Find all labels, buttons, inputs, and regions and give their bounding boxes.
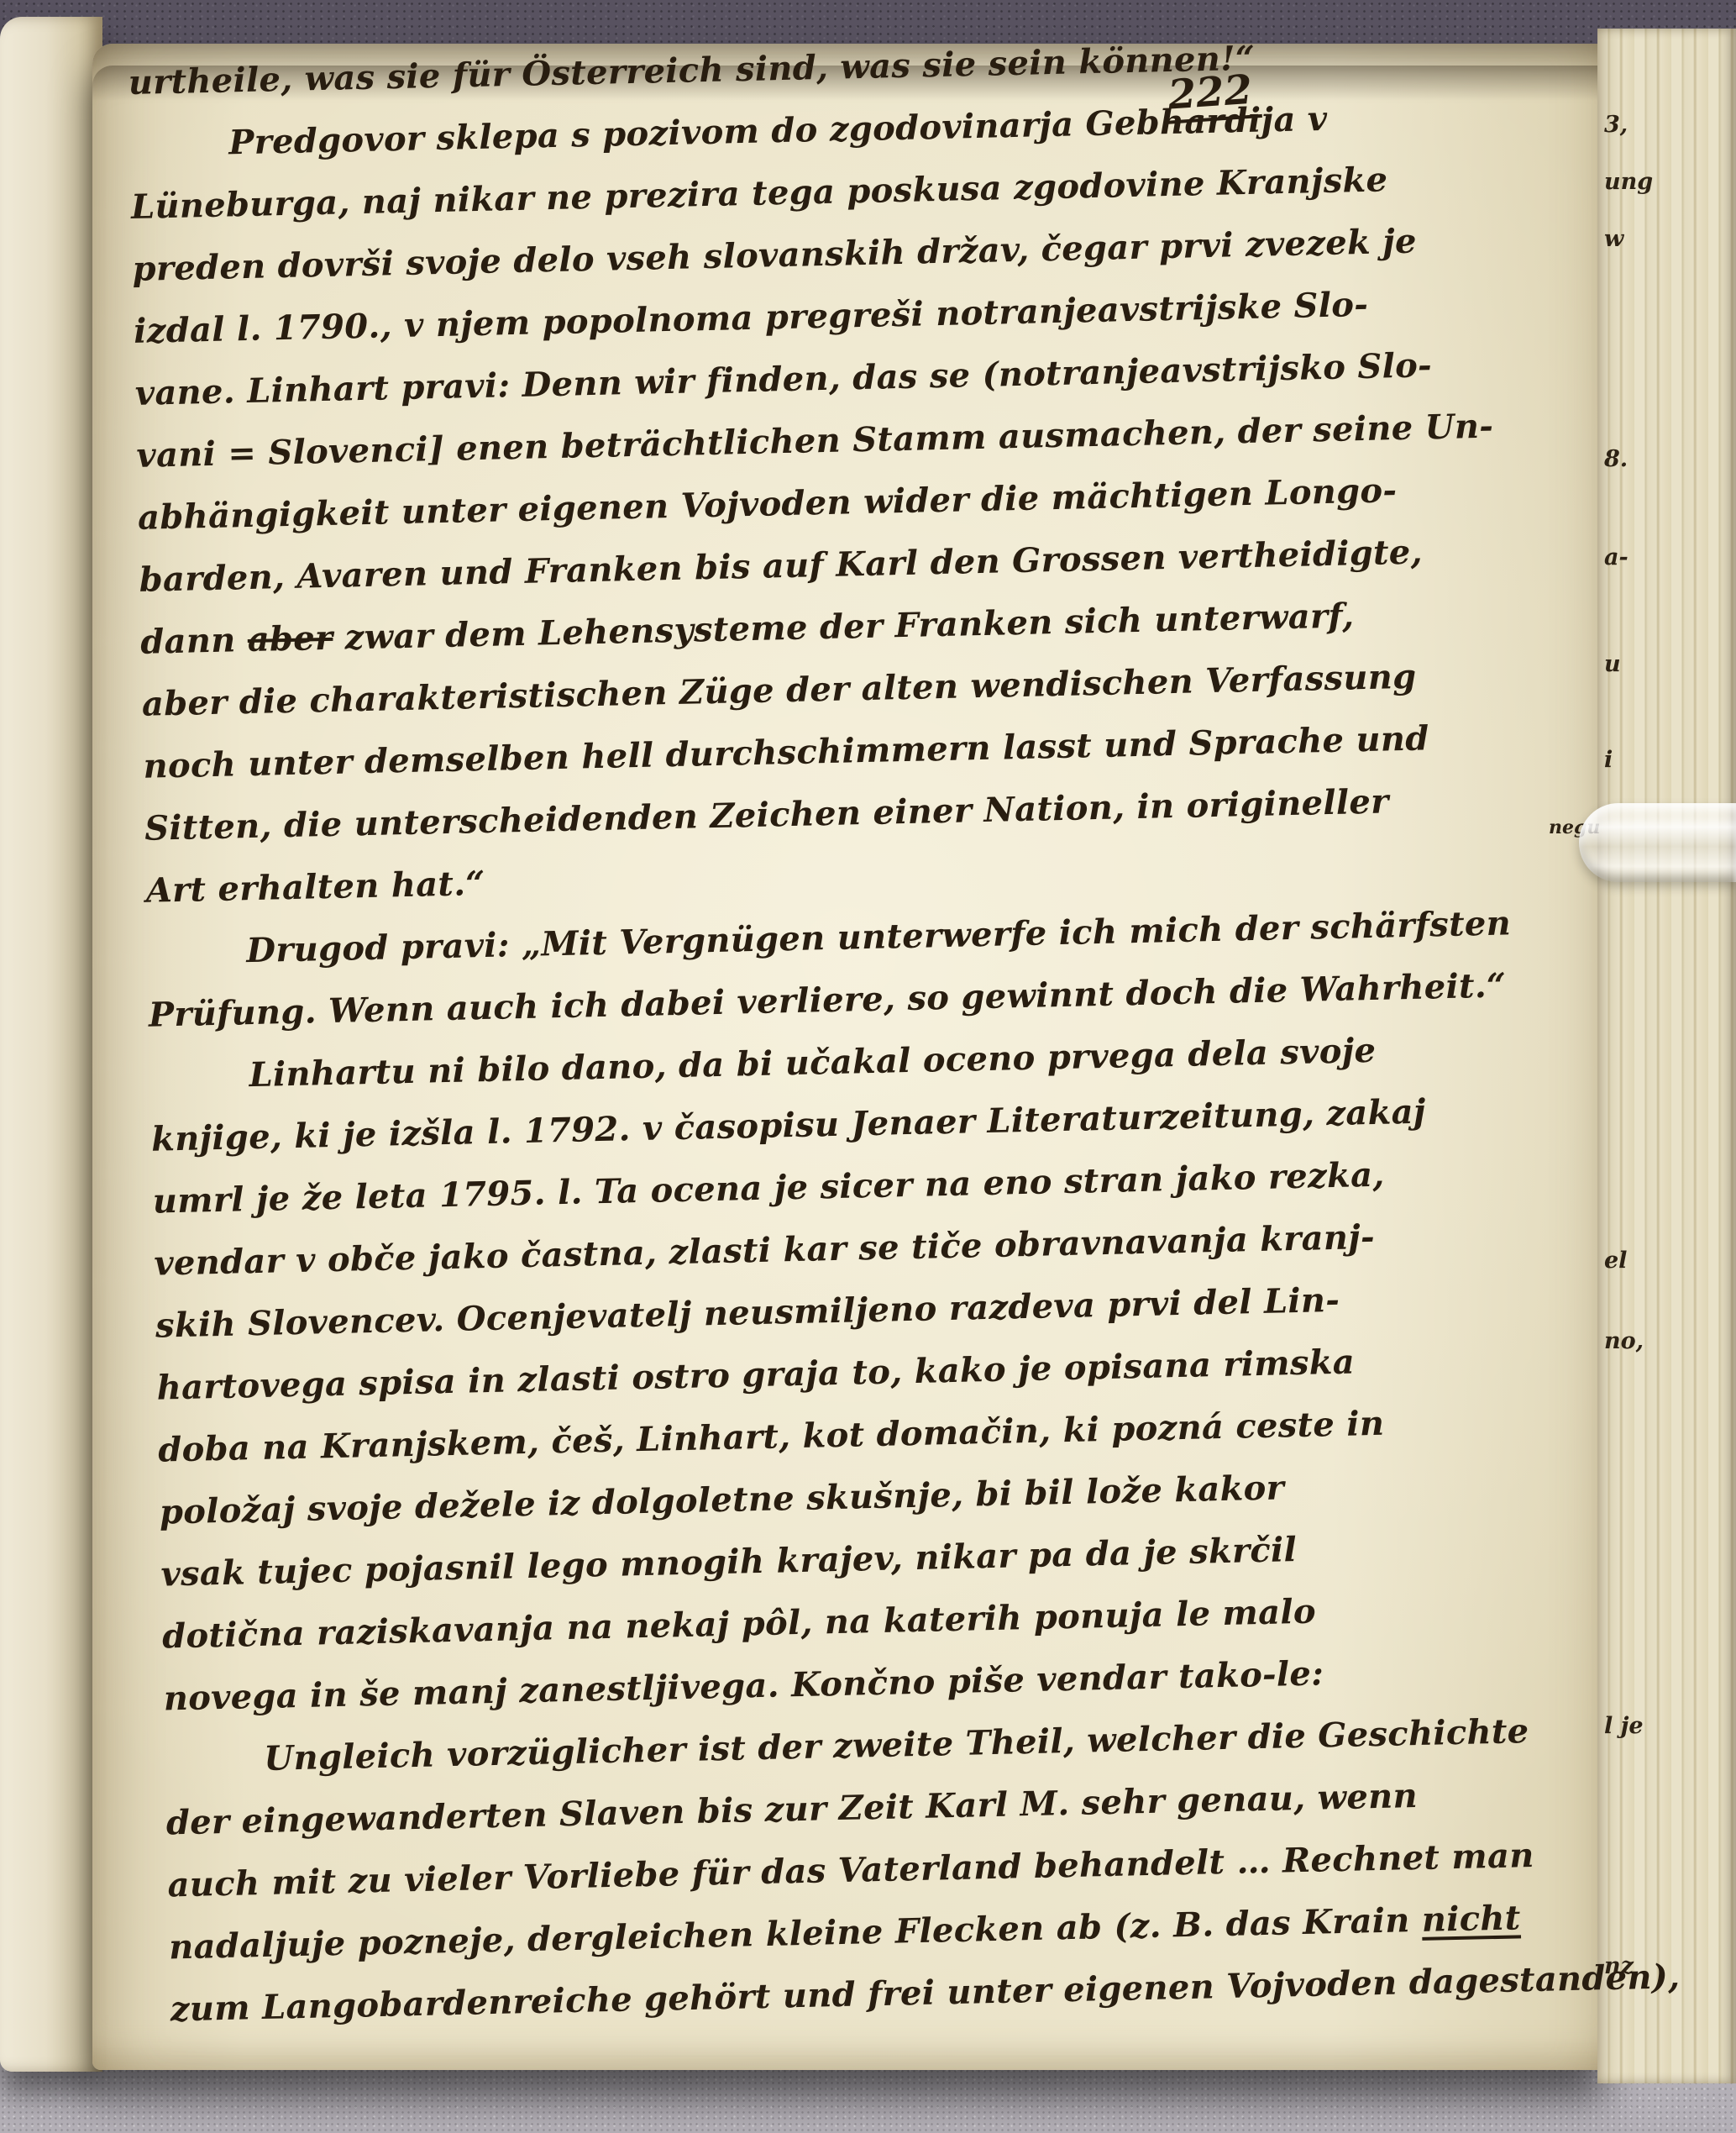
line-text: Art erhalten hat.“ (145, 864, 485, 911)
book-fore-edge-pages: 3, ung w 8. a- u i negu el no, l je nz (1597, 29, 1736, 2083)
edge-ink-fragment: el (1604, 1248, 1627, 1274)
line-text: zwar dem Lehensysteme der Franken sich u… (333, 596, 1355, 658)
edge-ink-fragment: no, (1604, 1329, 1644, 1354)
edge-ink-fragment: w (1604, 227, 1623, 252)
line-text: Predgovor sklepa s pozivom do zgodovinar… (228, 99, 1328, 163)
edge-ink-fragment: ung (1604, 170, 1653, 195)
edge-ink-fragment: u (1604, 652, 1621, 677)
edge-ink-fragment: i (1604, 748, 1613, 773)
underlined-word: nicht (1421, 1898, 1521, 1940)
edge-ink-fragment: a- (1604, 545, 1628, 570)
struck-word: aber (247, 618, 333, 659)
page-holder-rod (1579, 803, 1736, 882)
line-text: dann (140, 620, 248, 662)
book-left-page-stack (0, 17, 102, 2072)
edge-ink-fragment: l je (1604, 1714, 1644, 1739)
manuscript-text: urtheile, was sie für Österreich sind, w… (128, 20, 1615, 2041)
edge-ink-fragment: 3, (1604, 113, 1628, 138)
edge-ink-fragment: 8. (1604, 447, 1628, 472)
